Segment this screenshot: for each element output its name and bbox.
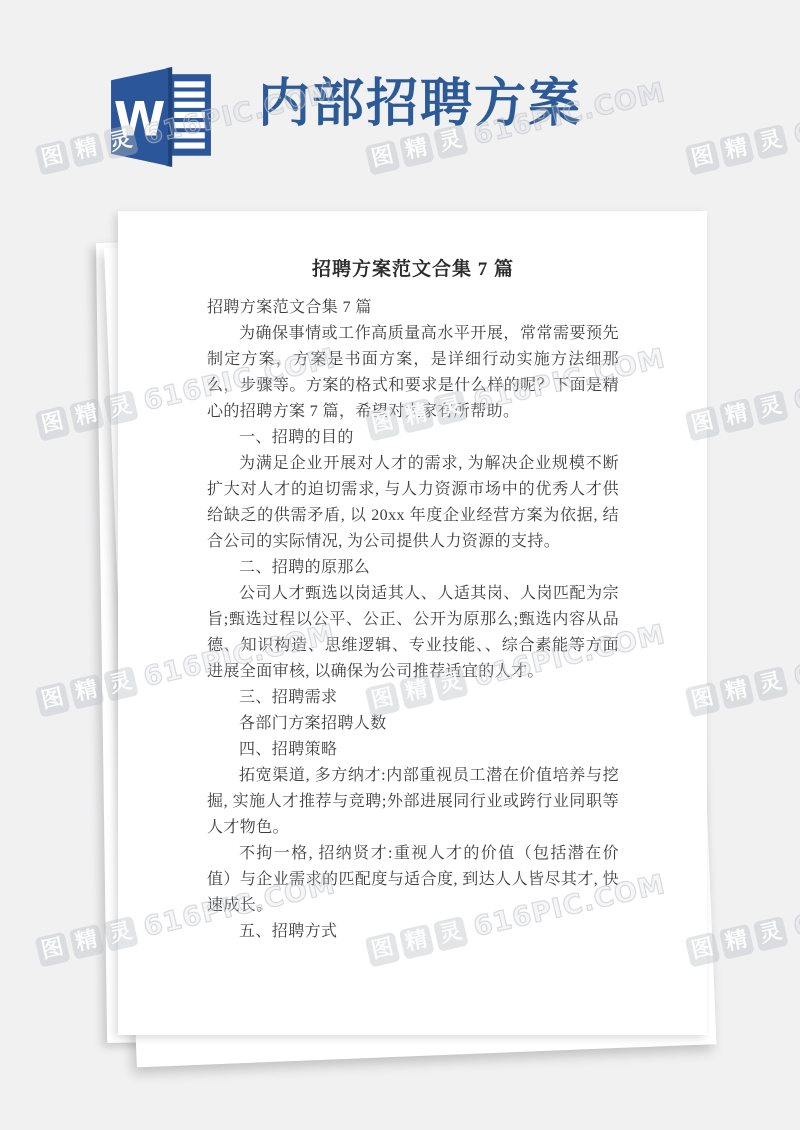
doc-heading: 一、招聘的目的 — [207, 425, 619, 451]
document-content: 招聘方案范文合集 7 篇 招聘方案范文合集 7 篇 为确保事情或工作高质量高水平… — [207, 257, 619, 945]
watermark-brand-text: 616PIC.COM — [791, 870, 800, 943]
watermark-boxed-char: 灵 — [753, 390, 789, 426]
doc-heading: 三、招聘需求 — [207, 685, 619, 711]
doc-heading: 二、招聘的原那么 — [207, 555, 619, 581]
watermark-boxed-char: 精 — [69, 674, 105, 710]
doc-paragraph: 不拘一格, 招纳贤才:重视人才的价值（包括潜在价值）与企业需求的匹配度与适合度,… — [207, 841, 619, 919]
doc-paragraph: 为满足企业开展对人才的需求, 为解决企业规模不断扩大对人才的迫切需求, 与人力资… — [207, 451, 619, 555]
svg-text:W: W — [114, 92, 166, 147]
document-page: 招聘方案范文合集 7 篇 招聘方案范文合集 7 篇 为确保事情或工作高质量高水平… — [118, 211, 707, 1035]
watermark-boxed-char: 灵 — [753, 666, 789, 702]
doc-heading: 五、招聘方式 — [207, 919, 619, 945]
doc-paragraph: 公司人才甄选以岗适其人、人适其岗、人岗匹配为宗旨;甄选过程以公平、公正、公开为原… — [207, 581, 619, 685]
watermark-boxed-char: 图 — [35, 682, 71, 718]
doc-paragraph: 招聘方案范文合集 7 篇 — [207, 295, 619, 321]
doc-paragraph: 拓宽渠道, 多方纳才:内部重视员工潜在价值培养与挖掘, 实施人才推荐与竞聘;外部… — [207, 763, 619, 841]
watermark-boxed-char: 图 — [35, 932, 71, 968]
watermark-boxed-char: 精 — [719, 674, 755, 710]
watermark-boxed-char: 图 — [35, 406, 71, 442]
word-icon: W — [110, 64, 214, 170]
doc-paragraph: 各部门方案招聘人数 — [207, 711, 619, 737]
header: W 内部招聘方案 — [0, 0, 800, 200]
document-title: 招聘方案范文合集 7 篇 — [207, 257, 619, 283]
watermark-boxed-char: 灵 — [753, 916, 789, 952]
watermark-brand-text: 616PIC.COM — [791, 620, 800, 693]
watermark-boxed-char: 精 — [719, 924, 755, 960]
watermark-boxed-char: 精 — [719, 398, 755, 434]
doc-heading: 四、招聘策略 — [207, 737, 619, 763]
watermark-boxed-char: 精 — [69, 924, 105, 960]
page-title: 内部招聘方案 — [258, 76, 582, 133]
watermark-brand-text: 616PIC.COM — [791, 344, 800, 417]
page-background: W 内部招聘方案 招聘方案范文合集 7 篇 招聘方案范文合集 7 篇 为确保事情… — [0, 0, 800, 1130]
doc-paragraph: 为确保事情或工作高质量高水平开展，常常需要预先制定方案，方案是书面方案，是详细行… — [207, 321, 619, 425]
